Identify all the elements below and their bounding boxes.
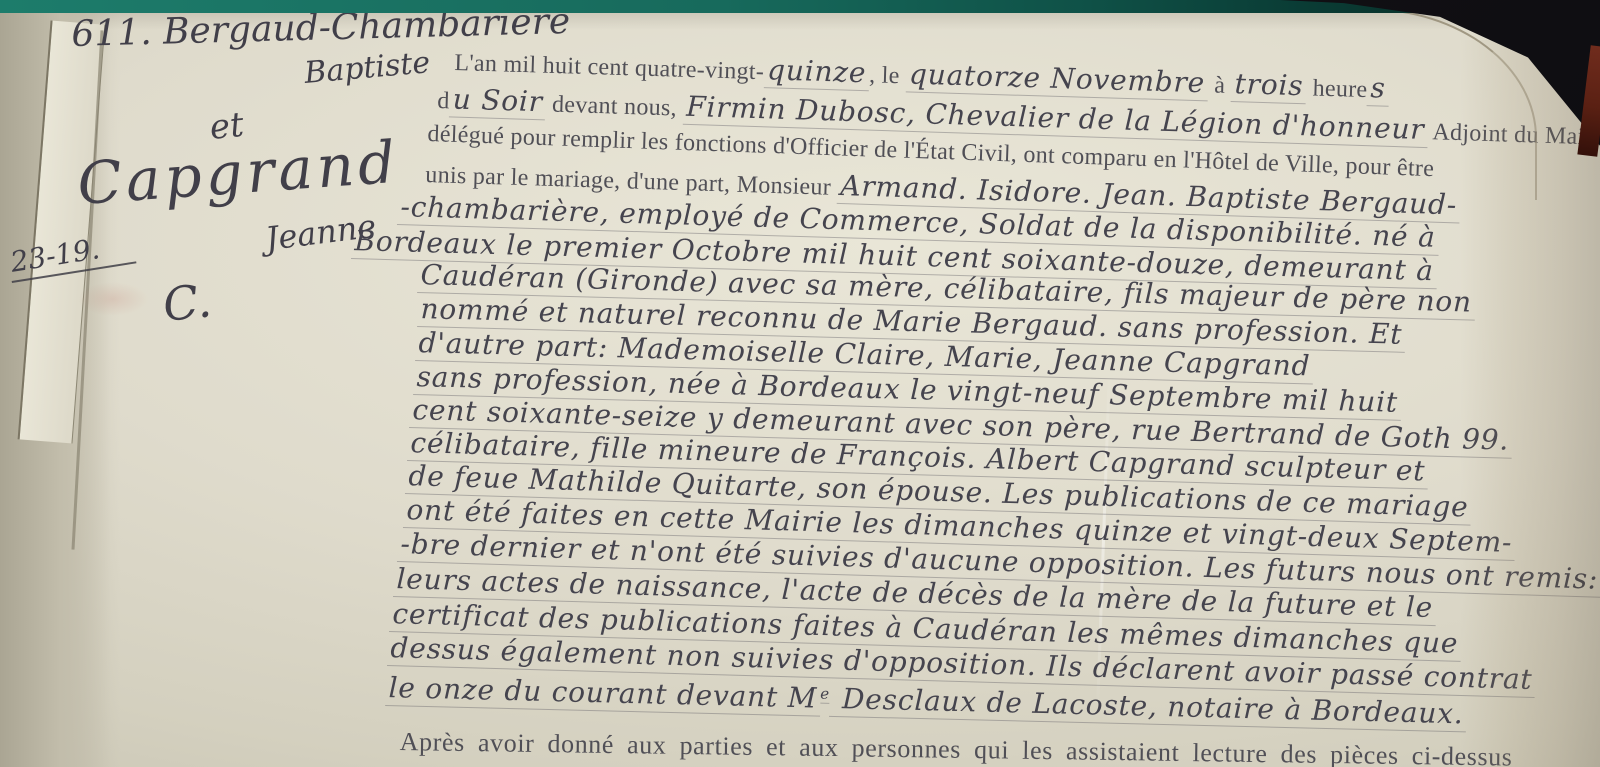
printed-text: Adjoint du Maire de Bordeaux, — [1427, 119, 1600, 155]
handwritten-text: u Soir — [449, 82, 546, 120]
handwritten-text: e — [820, 685, 830, 704]
handwritten-text: quatorze Novembre — [906, 57, 1209, 101]
handwritten-text: quinze — [764, 53, 870, 91]
handwritten-text: s — [1367, 71, 1389, 107]
printed-text: à — [1208, 72, 1232, 99]
act-line: Après avoir donné aux parties et aux per… — [400, 727, 1513, 767]
printed-text: L'an mil huit cent quatre-vingt- — [454, 50, 764, 85]
printed-text: heure — [1306, 75, 1368, 103]
printed-text: , le — [869, 62, 907, 89]
book-binding-strip — [0, 0, 1600, 13]
registry-photo: 611. Bergaud-Chambarière Baptiste et Cap… — [0, 0, 1600, 767]
handwritten-text: trois — [1231, 67, 1307, 104]
handwritten-text: le onze du courant devant M — [385, 671, 820, 717]
act-body: L'an mil huit cent quatre-vingt-quinze, … — [0, 0, 1600, 767]
printed-text: Après avoir donné aux parties et aux per… — [400, 727, 1513, 767]
printed-text: devant nous, — [545, 91, 683, 121]
